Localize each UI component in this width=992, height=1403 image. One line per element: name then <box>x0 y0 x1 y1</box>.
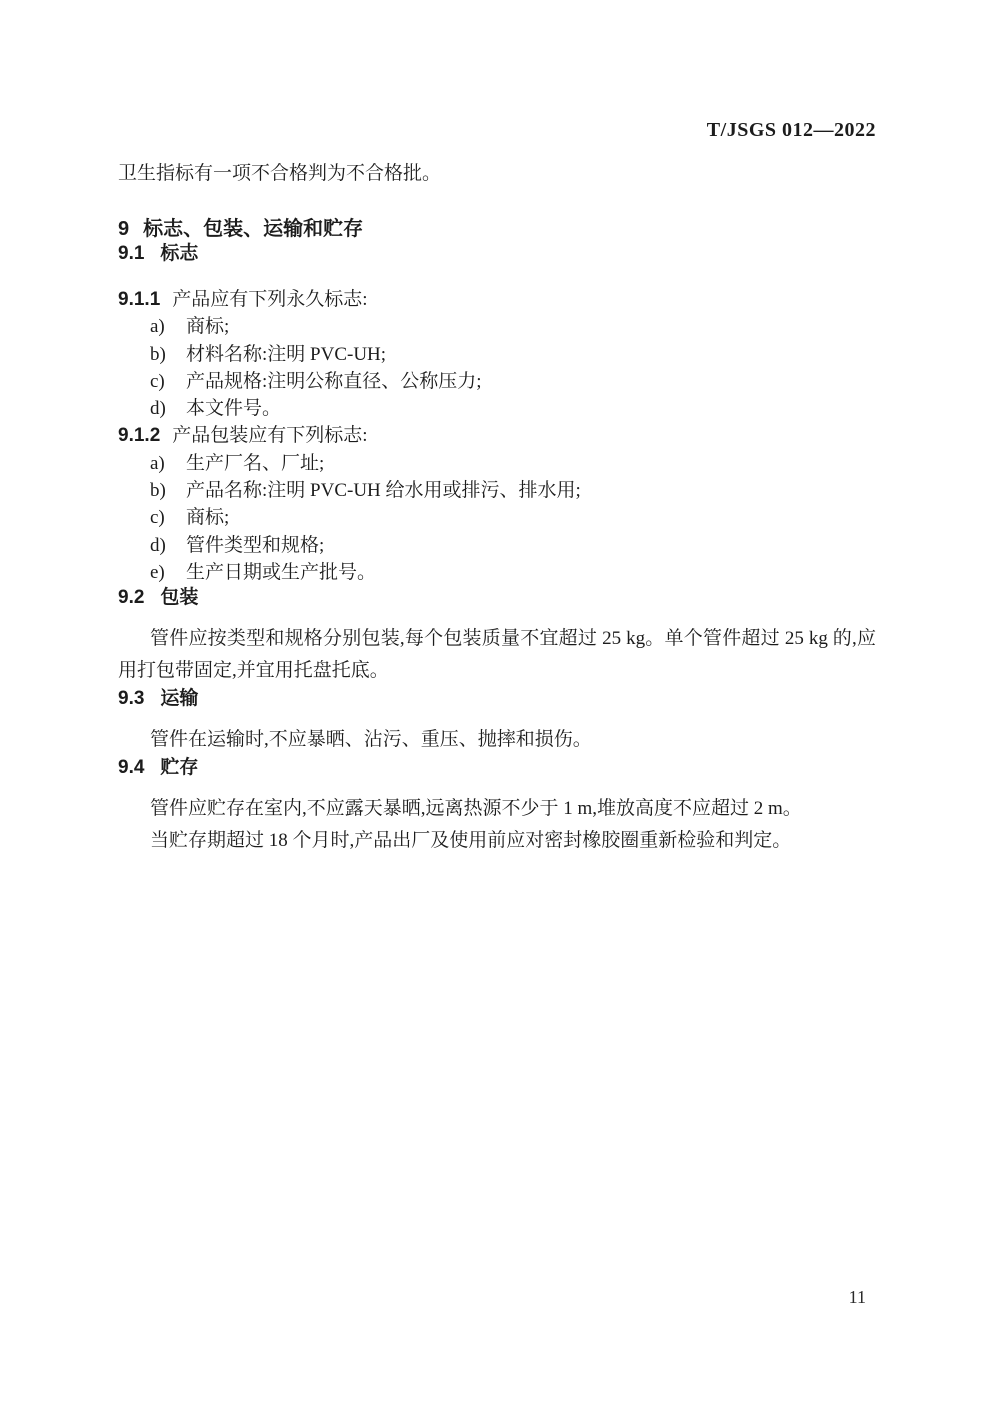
section-9-4-paragraph-1: 管件应贮存在室内,不应露天暴晒,远离热源不少于 1 m,堆放高度不应超过 2 m… <box>118 793 876 825</box>
package-marks-list: a)生产厂名、厂址; b)产品名称:注明 PVC-UH 给水用或排污、排水用; … <box>118 450 876 586</box>
list-item-label: c) <box>150 368 186 395</box>
list-item-text: 本文件号。 <box>186 395 876 422</box>
permanent-marks-list: a)商标; b)材料名称:注明 PVC-UH; c)产品规格:注明公称直径、公称… <box>118 313 876 422</box>
list-item-label: b) <box>150 477 186 504</box>
lead-paragraph: 卫生指标有一项不合格判为不合格批。 <box>118 162 876 186</box>
list-item-label: e) <box>150 559 186 586</box>
list-item-label: b) <box>150 341 186 368</box>
clause-9-1-1-text: 产品应有下列永久标志: <box>172 289 367 310</box>
list-item: c)商标; <box>150 504 876 531</box>
document-page: T/JSGS 012—2022 卫生指标有一项不合格判为不合格批。 9标志、包装… <box>0 0 992 1403</box>
clause-9-1-1: 9.1.1产品应有下列永久标志: <box>118 286 876 313</box>
section-9-2-number: 9.2 <box>118 587 144 608</box>
list-item-label: d) <box>150 532 186 559</box>
list-item-text: 材料名称:注明 PVC-UH; <box>186 341 876 368</box>
list-item: a)商标; <box>150 313 876 340</box>
list-item-label: a) <box>150 313 186 340</box>
section-9-4-title: 贮存 <box>160 757 198 778</box>
section-9-2-heading: 9.2包装 <box>118 586 876 610</box>
list-item: e)生产日期或生产批号。 <box>150 559 876 586</box>
section-9-1-title: 标志 <box>160 243 198 264</box>
list-item: b)产品名称:注明 PVC-UH 给水用或排污、排水用; <box>150 477 876 504</box>
section-9-4-heading: 9.4贮存 <box>118 756 876 780</box>
section-9-2-paragraph: 管件应按类型和规格分别包装,每个包装质量不宜超过 25 kg。单个管件超过 25… <box>118 623 876 687</box>
page-number: 11 <box>849 1286 866 1308</box>
list-item-text: 产品规格:注明公称直径、公称压力; <box>186 368 876 395</box>
clause-9-1-2-text: 产品包装应有下列标志: <box>172 425 367 446</box>
section-9-3-paragraph: 管件在运输时,不应暴晒、沾污、重压、抛摔和损伤。 <box>118 724 876 756</box>
list-item-text: 产品名称:注明 PVC-UH 给水用或排污、排水用; <box>186 477 876 504</box>
chapter-9-heading: 9标志、包装、运输和贮存 <box>118 216 876 242</box>
list-item: a)生产厂名、厂址; <box>150 450 876 477</box>
section-9-2-title: 包装 <box>160 587 198 608</box>
page-header: T/JSGS 012—2022 <box>118 118 876 142</box>
list-item-label: a) <box>150 450 186 477</box>
chapter-number: 9 <box>118 218 129 240</box>
list-item-text: 商标; <box>186 504 876 531</box>
list-item: d)管件类型和规格; <box>150 532 876 559</box>
section-9-4-paragraph-2: 当贮存期超过 18 个月时,产品出厂及使用前应对密封橡胶圈重新检验和判定。 <box>118 825 876 857</box>
section-9-3-number: 9.3 <box>118 688 144 709</box>
list-item-label: c) <box>150 504 186 531</box>
list-item: b)材料名称:注明 PVC-UH; <box>150 341 876 368</box>
list-item-text: 生产日期或生产批号。 <box>186 559 876 586</box>
section-9-1-number: 9.1 <box>118 243 144 264</box>
clause-9-1-2-number: 9.1.2 <box>118 425 160 446</box>
doc-code: T/JSGS 012—2022 <box>707 119 876 141</box>
list-item-text: 生产厂名、厂址; <box>186 450 876 477</box>
clause-9-1-1-number: 9.1.1 <box>118 289 160 310</box>
section-9-3-heading: 9.3运输 <box>118 687 876 711</box>
section-9-4-number: 9.4 <box>118 757 144 778</box>
section-9-3-title: 运输 <box>160 688 198 709</box>
list-item: c)产品规格:注明公称直径、公称压力; <box>150 368 876 395</box>
list-item-label: d) <box>150 395 186 422</box>
clause-9-1-2: 9.1.2产品包装应有下列标志: <box>118 422 876 449</box>
list-item-text: 管件类型和规格; <box>186 532 876 559</box>
list-item-text: 商标; <box>186 313 876 340</box>
chapter-title: 标志、包装、运输和贮存 <box>143 218 363 240</box>
section-9-1-heading: 9.1标志 <box>118 242 876 266</box>
list-item: d)本文件号。 <box>150 395 876 422</box>
